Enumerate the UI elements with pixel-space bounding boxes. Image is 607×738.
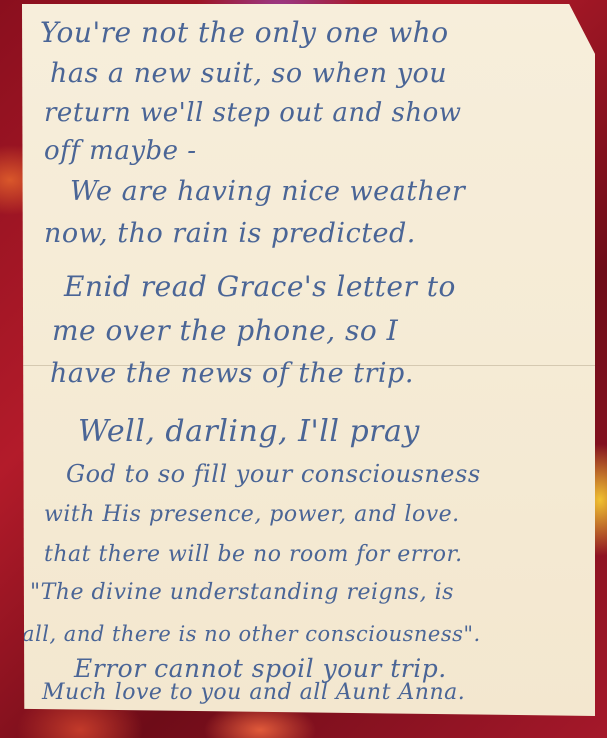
letter-line: Enid read Grace's letter to bbox=[64, 270, 456, 303]
letter-line: God to so fill your consciousness bbox=[66, 460, 481, 488]
letter-line: return we'll step out and show bbox=[44, 98, 461, 128]
letter-line: You're not the only one who bbox=[40, 16, 449, 49]
letter-line: now, tho rain is predicted. bbox=[44, 218, 416, 249]
letter-paper: You're not the only one who has a new su… bbox=[22, 4, 595, 716]
letter-line: that there will be no room for error. bbox=[44, 542, 463, 567]
letter-line: "The divine understanding reigns, is bbox=[30, 580, 454, 605]
letter-line: all, and there is no other consciousness… bbox=[22, 622, 481, 646]
letter-line: Much love to you and all Aunt Anna. bbox=[42, 680, 465, 705]
letter-line: Error cannot spoil your trip. bbox=[74, 654, 447, 683]
letter-line: have the news of the trip. bbox=[50, 358, 414, 389]
letter-line: off maybe - bbox=[44, 136, 197, 166]
letter-line: Well, darling, I'll pray bbox=[78, 414, 420, 449]
letter-line: me over the phone, so I bbox=[52, 314, 398, 347]
letter-line: We are having nice weather bbox=[70, 176, 465, 207]
letter-line: has a new suit, so when you bbox=[50, 58, 447, 89]
letter-line: with His presence, power, and love. bbox=[44, 502, 460, 527]
